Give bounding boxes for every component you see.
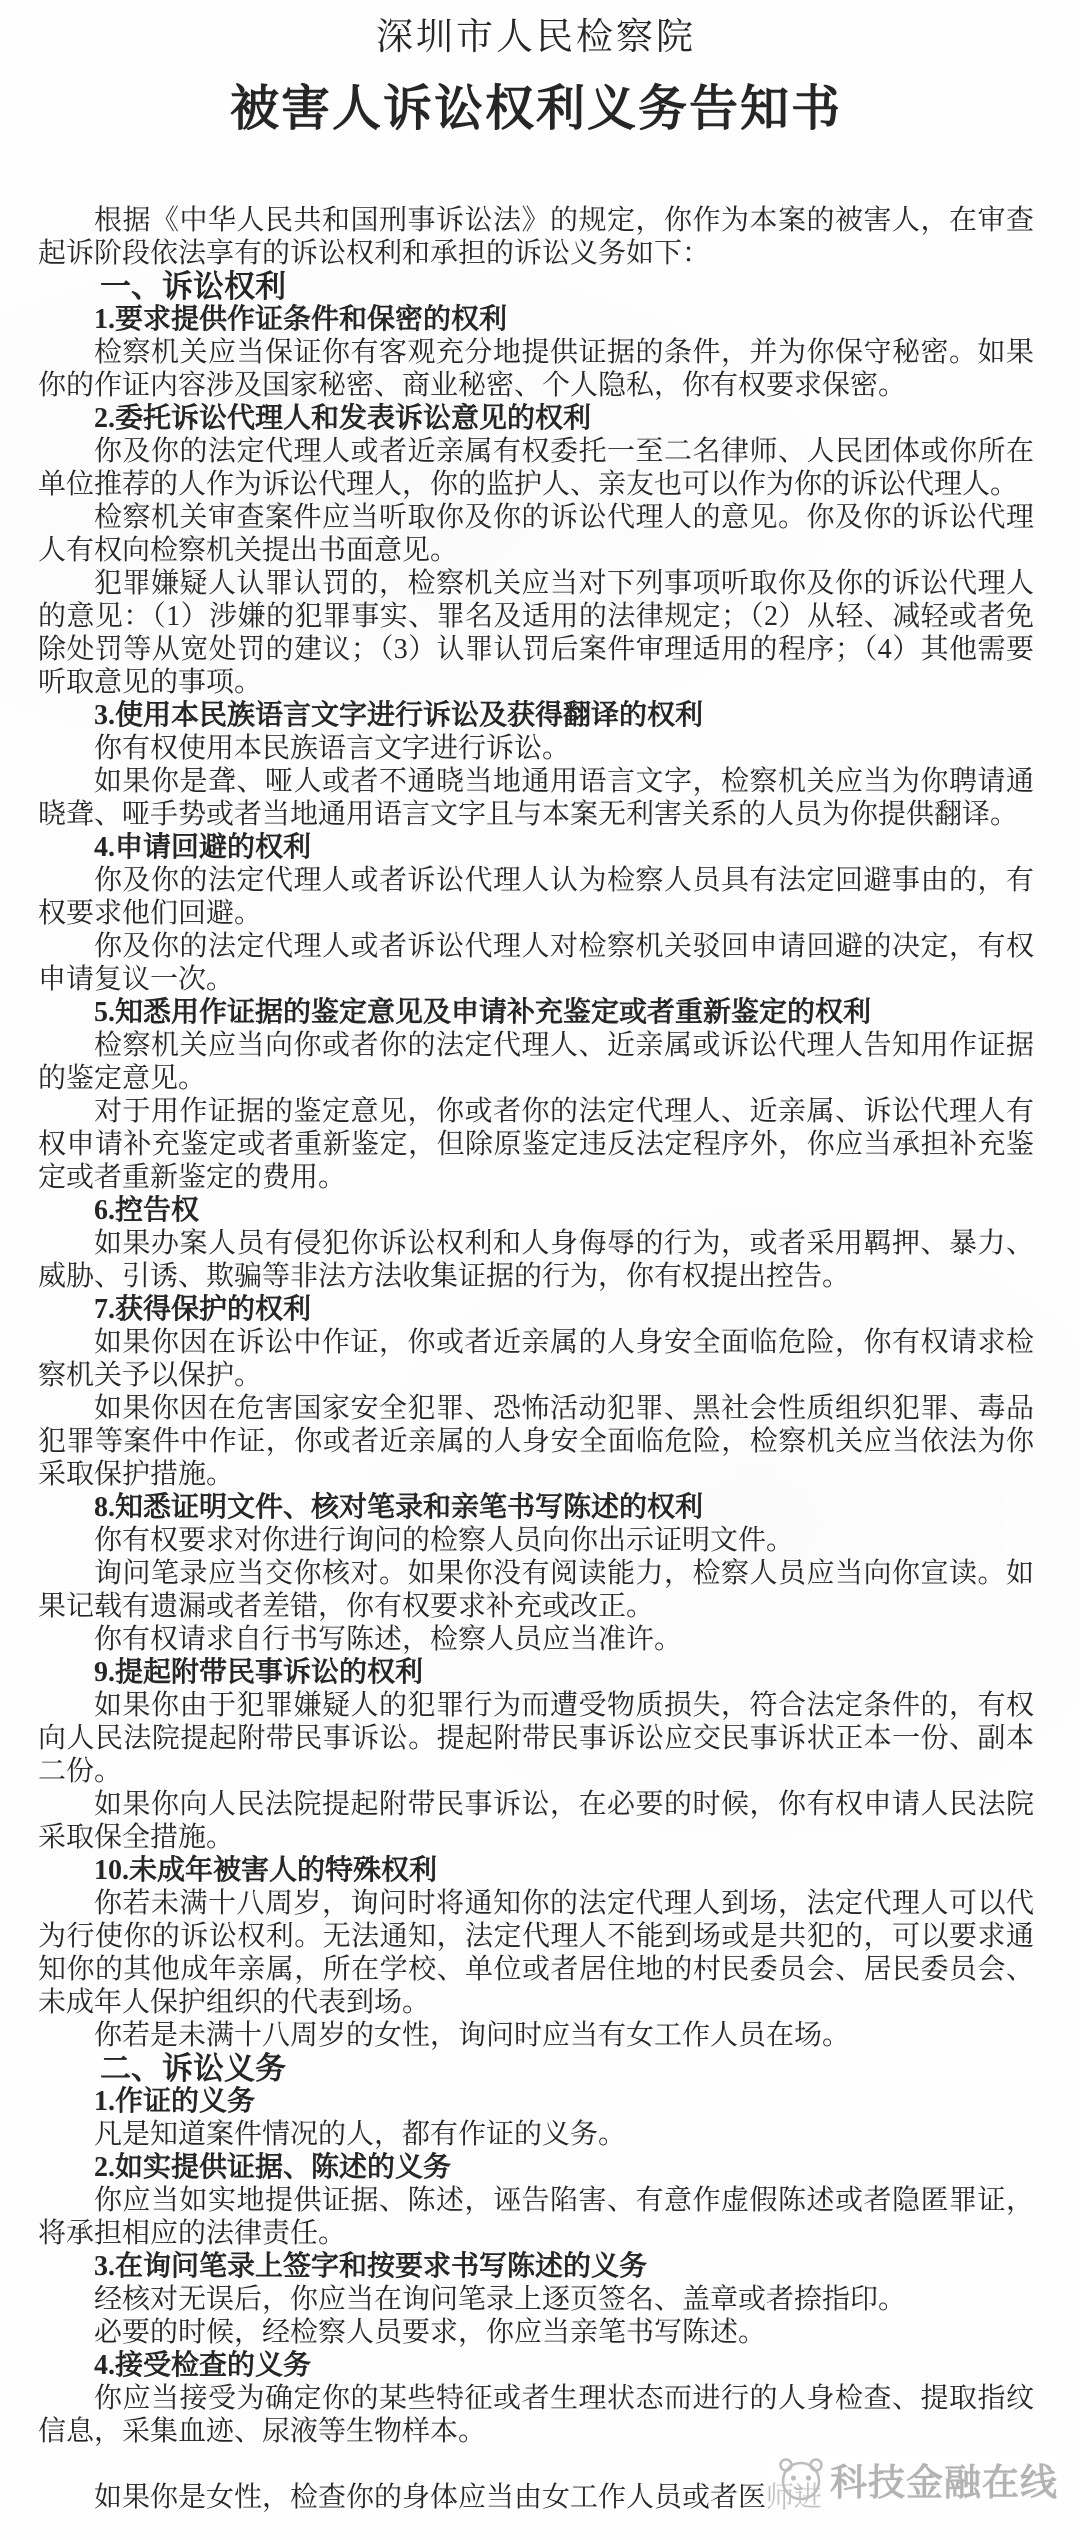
item-paragraph: 你有权使用本民族语言文字进行诉讼。 bbox=[38, 732, 1034, 765]
item-title: 4.申请回避的权利 bbox=[38, 831, 1034, 864]
item-paragraph: 犯罪嫌疑人认罪认罚的，检察机关应当对下列事项听取你及你的诉讼代理人的意见：（1）… bbox=[38, 567, 1034, 699]
item-paragraph: 对于用作证据的鉴定意见，你或者你的法定代理人、近亲属、诉讼代理人有权申请补充鉴定… bbox=[38, 1095, 1034, 1194]
document-body: 根据《中华人民共和国刑事诉讼法》的规定，你作为本案的被害人，在审查起诉阶段依法享… bbox=[38, 204, 1034, 2514]
item-paragraph: 你有权要求对你进行询问的检察人员向你出示证明文件。 bbox=[38, 1524, 1034, 1557]
panda-logo-icon bbox=[776, 2456, 826, 2502]
item-paragraph: 你应当接受为确定你的某些特征或者生理状态而进行的人身检查、提取指纹信息，采集血迹… bbox=[38, 2382, 1034, 2448]
item-title: 2.如实提供证据、陈述的义务 bbox=[38, 2151, 1034, 2184]
item-paragraph: 检察机关应当保证你有客观充分地提供证据的条件，并为你保守秘密。如果你的作证内容涉… bbox=[38, 336, 1034, 402]
item-title: 10.未成年被害人的特殊权利 bbox=[38, 1854, 1034, 1887]
watermark-label: 科技金融在线 bbox=[830, 2452, 1058, 2506]
item-paragraph: 如果你向人民法院提起附带民事诉讼，在必要的时候，你有权申请人民法院采取保全措施。 bbox=[38, 1788, 1034, 1854]
item-paragraph: 检察机关应当向你或者你的法定代理人、近亲属或诉讼代理人告知用作证据的鉴定意见。 bbox=[38, 1029, 1034, 1095]
sections-container: 一、诉讼权利1.要求提供作证条件和保密的权利检察机关应当保证你有客观充分地提供证… bbox=[38, 270, 1034, 2448]
intro-paragraph: 根据《中华人民共和国刑事诉讼法》的规定，你作为本案的被害人，在审查起诉阶段依法享… bbox=[38, 204, 1034, 270]
item-paragraph: 你及你的法定代理人或者诉讼代理人认为检察人员具有法定回避事由的，有权要求他们回避… bbox=[38, 864, 1034, 930]
item-paragraph: 经核对无误后，你应当在询问笔录上逐页签名、盖章或者捺指印。 bbox=[38, 2283, 1034, 2316]
document-page: 深圳市人民检察院 被害人诉讼权利义务告知书 根据《中华人民共和国刑事诉讼法》的规… bbox=[0, 0, 1080, 2540]
section-heading: 一、诉讼权利 bbox=[38, 270, 1034, 303]
item-title: 7.获得保护的权利 bbox=[38, 1293, 1034, 1326]
item-paragraph: 你若未满十八周岁，询问时将通知你的法定代理人到场，法定代理人可以代为行使你的诉讼… bbox=[38, 1887, 1034, 2019]
item-paragraph: 如果你由于犯罪嫌疑人的犯罪行为而遭受物质损失，符合法定条件的，有权向人民法院提起… bbox=[38, 1689, 1034, 1788]
item-paragraph: 你若是未满十八周岁的女性，询问时应当有女工作人员在场。 bbox=[38, 2019, 1034, 2052]
item-title: 3.在询问笔录上签字和按要求书写陈述的义务 bbox=[38, 2250, 1034, 2283]
item-title: 2.委托诉讼代理人和发表诉讼意见的权利 bbox=[38, 402, 1034, 435]
item-title: 8.知悉证明文件、核对笔录和亲笔书写陈述的权利 bbox=[38, 1491, 1034, 1524]
item-paragraph: 你应当如实地提供证据、陈述，诬告陷害、有意作虚假陈述或者隐匿罪证，将承担相应的法… bbox=[38, 2184, 1034, 2250]
item-paragraph: 询问笔录应当交你核对。如果你没有阅读能力，检察人员应当向你宣读。如果记载有遗漏或… bbox=[38, 1557, 1034, 1623]
item-paragraph: 必要的时候，经检察人员要求，你应当亲笔书写陈述。 bbox=[38, 2316, 1034, 2349]
item-paragraph: 如果办案人员有侵犯你诉讼权利和人身侮辱的行为，或者采用羁押、暴力、威胁、引诱、欺… bbox=[38, 1227, 1034, 1293]
item-paragraph: 检察机关审查案件应当听取你及你的诉讼代理人的意见。你及你的诉讼代理人有权向检察机… bbox=[38, 501, 1034, 567]
item-paragraph: 如果你因在危害国家安全犯罪、恐怖活动犯罪、黑社会性质组织犯罪、毒品犯罪等案件中作… bbox=[38, 1392, 1034, 1491]
item-title: 5.知悉用作证据的鉴定意见及申请补充鉴定或者重新鉴定的权利 bbox=[38, 996, 1034, 1029]
item-paragraph: 你及你的法定代理人或者诉讼代理人对检察机关驳回申请回避的决定，有权申请复议一次。 bbox=[38, 930, 1034, 996]
item-title: 3.使用本民族语言文字进行诉讼及获得翻译的权利 bbox=[38, 699, 1034, 732]
org-title: 深圳市人民检察院 bbox=[38, 16, 1034, 60]
item-title: 6.控告权 bbox=[38, 1194, 1034, 1227]
item-paragraph: 你及你的法定代理人或者近亲属有权委托一至二名律师、人民团体或你所在单位推荐的人作… bbox=[38, 435, 1034, 501]
item-title: 1.要求提供作证条件和保密的权利 bbox=[38, 303, 1034, 336]
doc-title: 被害人诉讼权利义务告知书 bbox=[38, 80, 1034, 138]
item-paragraph: 如果你因在诉讼中作证，你或者近亲属的人身安全面临危险，你有权请求检察机关予以保护… bbox=[38, 1326, 1034, 1392]
item-paragraph: 你有权请求自行书写陈述，检察人员应当准许。 bbox=[38, 1623, 1034, 1656]
item-paragraph: 如果你是聋、哑人或者不通晓当地通用语言文字，检察机关应当为你聘请通晓聋、哑手势或… bbox=[38, 765, 1034, 831]
item-title: 9.提起附带民事诉讼的权利 bbox=[38, 1656, 1034, 1689]
section-heading: 二、诉讼义务 bbox=[38, 2052, 1034, 2085]
watermark: 科技金融在线 bbox=[766, 2450, 1062, 2508]
item-title: 4.接受检查的义务 bbox=[38, 2349, 1034, 2382]
item-paragraph: 凡是知道案件情况的人，都有作证的义务。 bbox=[38, 2118, 1034, 2151]
item-title: 1.作证的义务 bbox=[38, 2085, 1034, 2118]
